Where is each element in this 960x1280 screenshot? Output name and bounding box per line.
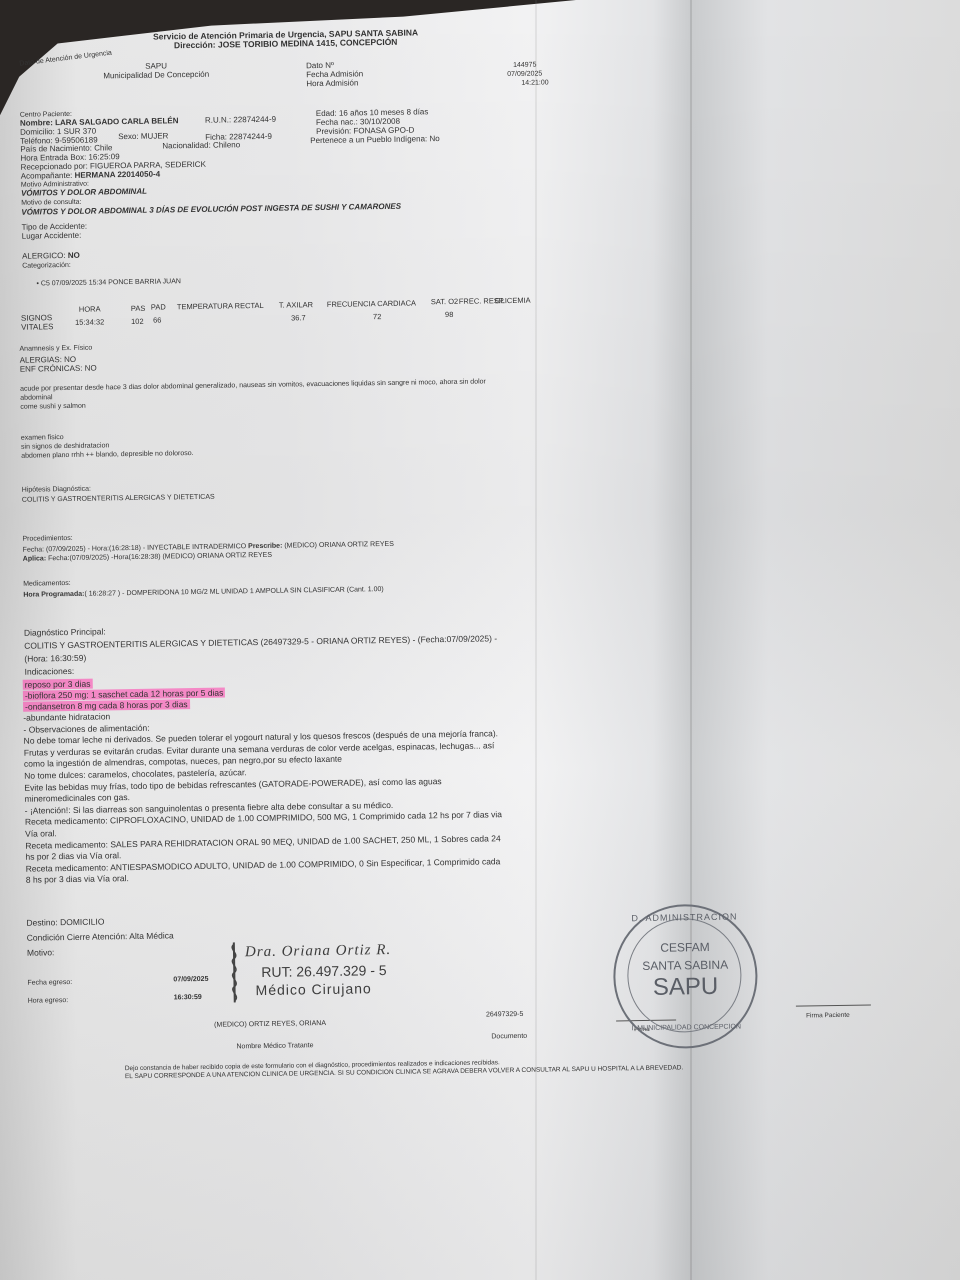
corner-label: Dato de Atención de Urgencia: [19, 49, 113, 70]
seal-bottom-arc: I. MUNICIPALIDAD CONCEPCION: [616, 1023, 756, 1032]
seal-line2: SANTA SABINA: [615, 957, 755, 973]
doctor-stamp-rut: RUT: 26.497.329 - 5: [261, 962, 387, 980]
hipotesis-value: COLITIS Y GASTROENTERITIS ALERGICAS Y DI…: [22, 493, 215, 506]
prescribe-label: Prescribe:: [248, 543, 282, 551]
highlighted-indication: -ondansetron 8 mg cada 8 horas por 3 dia…: [23, 699, 190, 712]
anamnesis-enf-cronicas: ENF CRÓNICAS: NO: [20, 364, 97, 375]
anamnesis-title: Anamnesis y Ex. Físico: [19, 344, 92, 355]
diagnostico-line: (Hora: 16:30:59): [24, 653, 86, 664]
procedimientos-label: Procedimientos:: [22, 534, 72, 545]
doctor-stamp-title: Médico Cirujano: [255, 980, 371, 998]
patient-sex: Sexo: MUJER: [118, 131, 168, 142]
companion-value: HERMANA 22014050-4: [75, 170, 161, 180]
medicamento-line: Hora Programada:( 16:28:27 ) - DOMPERIDO…: [23, 585, 383, 601]
condicion-cierre: Condición Cierre Atención: Alta Médica: [27, 930, 174, 942]
alergico-value: NO: [68, 251, 80, 260]
vitals-value: 102: [131, 316, 144, 326]
doctor-stamp-name: Dra. Oriana Ortiz R.: [245, 942, 392, 961]
vitals-header: PAD: [151, 303, 166, 313]
indicaciones-label: Indicaciones:: [24, 666, 74, 677]
patient-indigenous: Pertenece a un Pueblo Indígena: No: [310, 134, 440, 146]
categorizacion-value: C5 07/09/2025 15:34 PONCE BARRIA JUAN: [41, 278, 181, 287]
indication-line: 8 hs por 3 dias via Vía oral.: [26, 873, 129, 885]
alergico-label: ALERGICO:: [22, 251, 66, 261]
vitals-value: 36.7: [291, 313, 306, 323]
org-municipality: Municipalidad De Concepción: [91, 70, 221, 82]
seal-top-arc: D. ADMINISTRACION: [614, 911, 754, 923]
destino: Destino: DOMICILIO: [26, 916, 104, 927]
indication-line: -abundante hidratacion: [23, 711, 110, 722]
indication-line: Receta medicamento: SALES PARA REHIDRATA…: [25, 833, 501, 850]
vitals-value: 72: [373, 312, 381, 322]
vitals-label-2: VITALES: [21, 322, 53, 333]
vitals-header: PAS: [131, 303, 146, 313]
vitals-header: SAT. O2: [431, 297, 459, 307]
anamnesis-line: acude por presentar desde hace 3 dias do…: [20, 377, 486, 394]
indication-line: Vía oral.: [25, 828, 57, 838]
vitals-header: FRECUENCIA CARDIACA: [327, 298, 416, 309]
hora-egreso-label: Hora egreso:: [28, 996, 69, 1007]
medico-label: Nombre Médico Tratante: [236, 1041, 313, 1052]
hora-admision-value: 14:21:00: [521, 78, 548, 88]
aplica-label: Aplica:: [23, 555, 46, 562]
vitals-header: T. AXILAR: [279, 300, 313, 311]
sapu-seal: D. ADMINISTRACION CESFAM SANTA SABINA SA…: [612, 903, 758, 1049]
highlighted-indication: reposo por 3 dias: [23, 679, 93, 690]
firma-paciente-label: Firma Paciente: [806, 1011, 850, 1022]
patient-nationality: Nacionalidad: Chileno: [162, 140, 240, 151]
medicamento-value: ( 16:28:27 ) - DOMPERIDONA 10 MG/2 ML UN…: [84, 586, 383, 598]
fecha-egreso: 07/09/2025: [173, 975, 208, 986]
vitals-header: HORA: [79, 304, 101, 314]
hora-programada-label: Hora Programada:: [23, 591, 84, 599]
firma-paciente-line: [796, 1004, 871, 1006]
seal-line1: CESFAM: [615, 939, 755, 955]
diagnostico-label: Diagnóstico Principal:: [24, 626, 106, 637]
indication-line: reposo por 3 dias: [23, 679, 93, 690]
exam-line: abdomen plano rrhh ++ blando, depresible…: [21, 449, 194, 462]
patient-run: R.U.N.: 22874244-9: [205, 115, 276, 126]
vitals-value: 15:34:32: [75, 317, 104, 327]
indication-line: -bioflora 250 mg: 1 saschet cada 12 hora…: [23, 688, 226, 701]
indication-line: mineromedicinales con gas.: [24, 792, 130, 804]
aplica-text: Fecha:(07/09/2025) -Hora(16:28:38) (MEDI…: [46, 552, 272, 563]
hora-egreso: 16:30:59: [174, 993, 202, 1003]
anamnesis-line: come sushi y salmon: [20, 402, 86, 413]
fecha-egreso-label: Fecha egreso:: [27, 978, 72, 989]
alergico: ALERGICO: NO: [22, 251, 80, 262]
medicamentos-label: Medicamentos:: [23, 579, 71, 590]
medico-name: (MEDICO) ORTIZ REYES, ORIANA: [214, 1019, 326, 1031]
caduceus-icon: [227, 940, 242, 1004]
vitals-header: TEMPERATURA RECTAL: [177, 301, 264, 312]
lugar-accidente: Lugar Accidente:: [22, 231, 82, 242]
motivo-cierre: Motivo:: [27, 947, 55, 957]
vitals-value: 98: [445, 310, 453, 320]
hora-admision-label: Hora Admisión: [306, 78, 358, 89]
documento-value: 26497329-5: [486, 1010, 524, 1021]
indication-line: hs por 2 dias via Vía oral.: [25, 850, 121, 862]
vitals-header: GLICEMIA: [495, 295, 531, 306]
seal-line3: SAPU: [615, 973, 755, 1001]
categorizacion-label: Categorización:: [22, 261, 71, 272]
motivo-adm: VÓMITOS Y DOLOR ABDOMINAL: [21, 187, 147, 199]
highlighted-indication: -bioflora 250 mg: 1 saschet cada 12 hora…: [23, 688, 226, 701]
indication-line: - Observaciones de alimentación:: [23, 722, 149, 734]
categorizacion: • C5 07/09/2025 15:34 PONCE BARRIA JUAN: [36, 277, 181, 289]
vitals-value: 66: [153, 316, 161, 326]
document-content: Servicio de Atención Primaria de Urgenci…: [0, 0, 960, 1280]
indication-line: -ondansetron 8 mg cada 8 horas por 3 dia…: [23, 699, 190, 712]
documento-label: Documento: [491, 1032, 527, 1043]
procedimiento-text: (MEDICO) ORIANA ORTIZ REYES: [282, 541, 394, 550]
